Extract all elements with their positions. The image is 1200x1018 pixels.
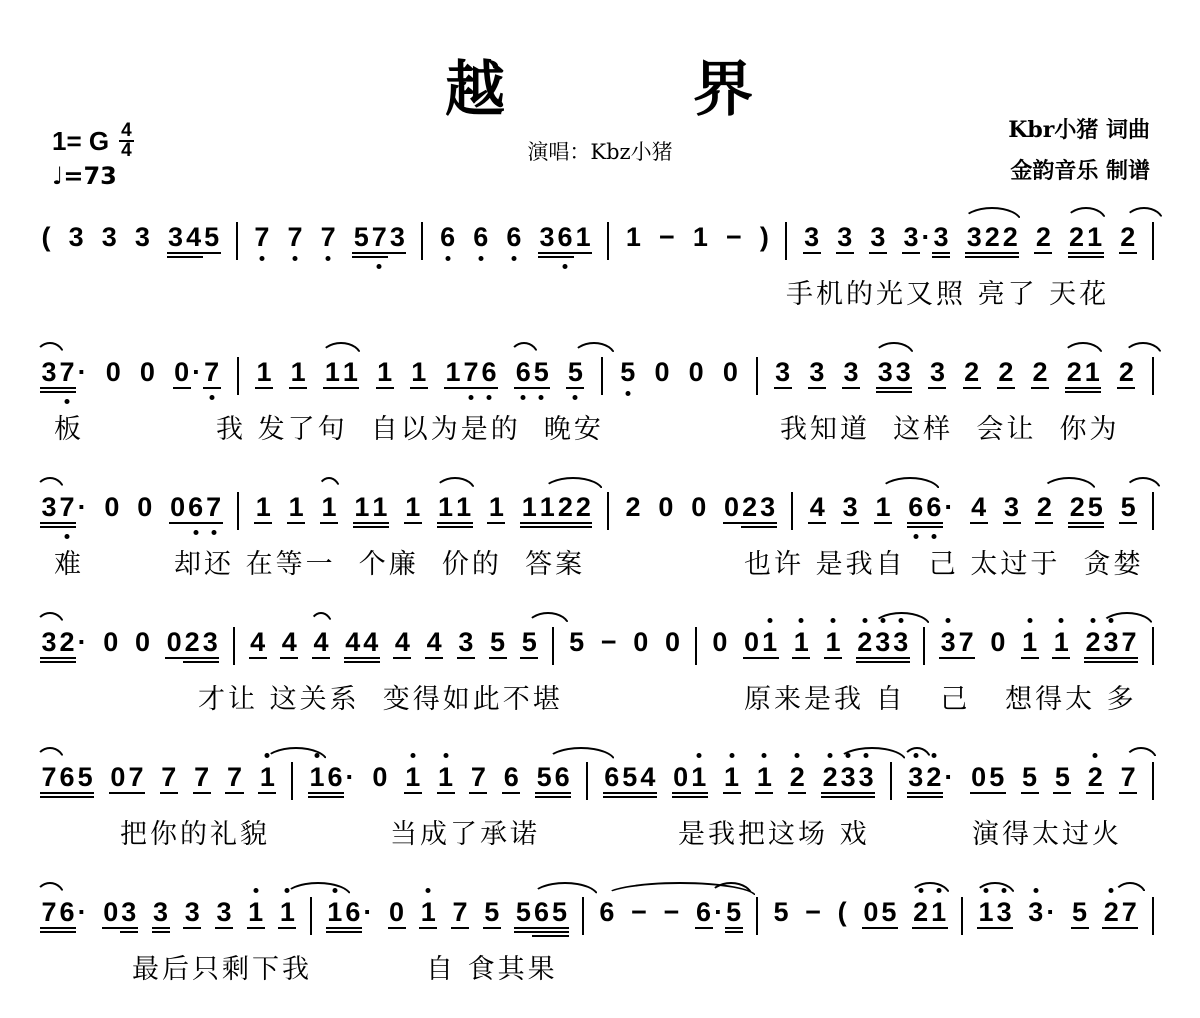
note-group: 4 [280, 627, 298, 659]
note: 1 [874, 492, 892, 524]
note: 1 [574, 222, 592, 254]
note: 7 [127, 762, 145, 794]
note: · [943, 492, 955, 522]
note: 5 [1086, 492, 1104, 524]
note: 2 [556, 492, 574, 524]
note-group: 0 [653, 357, 671, 387]
slur-arc [873, 342, 915, 357]
barline [961, 897, 963, 935]
note-group: 3 [67, 222, 85, 252]
lyric-segment: 演得太过火 [972, 812, 1122, 851]
note-group: 4 [970, 492, 988, 524]
octave-dot-above [831, 618, 836, 623]
note: 4 [344, 627, 362, 659]
lyrics-line: 板我 发了句 自以为是的 晚安我知道 这样 会让 你为 [0, 407, 1200, 447]
note: 7 [451, 897, 469, 929]
note: 1 [520, 492, 538, 524]
note: 6 [505, 222, 523, 252]
note-group: 44 [344, 627, 380, 659]
note: 5 [1021, 762, 1039, 794]
note: 1 [437, 762, 455, 794]
slur-arc [962, 207, 1022, 222]
slur-arc [35, 882, 65, 897]
note: 2 [788, 762, 806, 794]
note: 1 [755, 762, 773, 794]
note: 3 [839, 762, 857, 794]
note: 1 [1083, 357, 1101, 389]
octave-dot-above [1109, 888, 1114, 893]
note: 1 [437, 492, 455, 524]
note-group: − [630, 897, 649, 927]
note-group: − [657, 222, 676, 252]
slur-arc [1062, 342, 1104, 357]
note: 3 [995, 897, 1013, 929]
note: 3 [40, 492, 58, 524]
note: 4 [970, 492, 988, 524]
note-group: 3 [1003, 492, 1021, 524]
slur-arc [531, 882, 599, 897]
note: 6 [695, 897, 713, 929]
note: 2 [983, 222, 1001, 254]
note-group: 067 [169, 492, 223, 524]
note-group: 3 [869, 222, 887, 254]
note-group: 1 [437, 762, 455, 794]
note: 4 [808, 492, 826, 524]
note-group: 1122 [520, 492, 592, 524]
note-group: 1 [792, 627, 810, 659]
note-group: 023 [165, 627, 219, 659]
note: 5 [76, 762, 94, 794]
barline [923, 627, 925, 665]
octave-dot-above [762, 753, 767, 758]
note-group: 6 [505, 222, 523, 252]
octave-dot-above [918, 888, 923, 893]
slur-arc [509, 342, 539, 357]
octave-dot-below [377, 264, 382, 269]
note: 7 [193, 762, 211, 794]
note: 7 [1120, 897, 1138, 929]
slur-arc [909, 882, 951, 897]
score-system: 37·00067111111111112220002343166·432255难… [0, 478, 1200, 613]
note-group: 0 [687, 357, 705, 387]
note: 7 [40, 762, 58, 794]
octave-dot-above [946, 618, 951, 623]
note: 3 [857, 762, 875, 794]
note: 0 [103, 492, 121, 522]
note: 0 [371, 762, 389, 792]
note-group: 345 [167, 222, 221, 254]
note-group: 3 [774, 357, 792, 389]
note: 0 [138, 357, 156, 387]
note: 2 [741, 492, 759, 524]
note: 4 [249, 627, 267, 659]
slur-arc [546, 747, 616, 762]
score-system: 76507777116·01176566540111223332·055527把… [0, 748, 1200, 883]
note-group: 2 [1034, 222, 1052, 254]
note: 1 [487, 492, 505, 524]
note-group: 2 [1035, 492, 1053, 524]
note-group: 5 [772, 897, 790, 927]
note: 1 [455, 492, 473, 524]
barline [236, 222, 238, 260]
note-group: 4 [249, 627, 267, 659]
note: 3 [869, 222, 887, 254]
note: 6 [603, 762, 621, 794]
note-group: 11 [323, 357, 359, 389]
note: · [76, 357, 88, 387]
slur-arc [35, 342, 65, 357]
note: 2 [183, 627, 201, 659]
note: 0 [672, 762, 690, 794]
note-group: 1 [247, 897, 265, 929]
note: ( [40, 222, 52, 252]
octave-dot-above [410, 753, 415, 758]
note: 5 [619, 357, 637, 387]
note-group: 33 [876, 357, 912, 389]
note: 1 [1052, 627, 1070, 659]
note: 4 [393, 627, 411, 659]
octave-dot-above [332, 888, 337, 893]
note-group: 3 [836, 222, 854, 254]
note: · [943, 762, 955, 792]
note: 2 [1102, 897, 1120, 929]
lyric-segment: 手机的光又照 亮了 天花 [786, 272, 1109, 311]
note: 0 [723, 492, 741, 524]
octave-dot-above [696, 753, 701, 758]
note-group: 3 [133, 222, 151, 252]
note: 6 [598, 897, 616, 927]
note: − [724, 222, 743, 252]
music-line: 76·033331116·01755656−−6·55−(0521133·527 [0, 883, 1200, 945]
note: 7 [462, 357, 480, 389]
note: 2 [1001, 222, 1019, 254]
barline [233, 627, 235, 665]
note: 1 [353, 492, 371, 524]
note: 1 [287, 492, 305, 524]
note-group: 1 [320, 492, 338, 524]
octave-dot-below [521, 395, 526, 400]
note-group: 5 [520, 627, 538, 659]
note: 3 [120, 897, 138, 929]
note-group: 765 [40, 762, 94, 794]
note: 6 [439, 222, 457, 252]
note: 3 [201, 627, 219, 659]
note-group: 023 [723, 492, 777, 524]
octave-dot-below [931, 534, 936, 539]
note: 6 [502, 762, 520, 794]
note-group: 4 [808, 492, 826, 524]
note: 5 [772, 897, 790, 927]
note-group: 7 [225, 762, 243, 794]
note: 0 [169, 492, 187, 524]
barline [791, 492, 793, 530]
slur-arc [1124, 747, 1158, 762]
note: 2 [1068, 222, 1086, 254]
barline [607, 492, 609, 530]
barline [601, 357, 603, 395]
note-group: 361 [538, 222, 592, 254]
note: 7 [370, 222, 388, 254]
octave-dot-above [1109, 618, 1114, 623]
note: 6 [532, 897, 550, 929]
note-group: 03 [102, 897, 138, 929]
note-group: 0 [663, 627, 681, 657]
lyric-segment: 自 食其果 [426, 947, 558, 986]
note-group: 3 [215, 897, 233, 929]
note-group: 16· [326, 897, 374, 929]
note-group: 1 [874, 492, 892, 524]
note: 3 [842, 357, 860, 389]
note: 7 [253, 222, 271, 252]
octave-dot-below [573, 395, 578, 400]
slur-arc [1113, 882, 1147, 897]
note: 3 [538, 222, 556, 254]
note-group: − [724, 222, 743, 252]
note: 6 [58, 897, 76, 929]
barline [695, 627, 697, 665]
note: 0 [104, 357, 122, 387]
octave-dot-above [265, 753, 270, 758]
note-group: 3 [457, 627, 475, 659]
note: 1 [824, 627, 842, 659]
note: 3 [928, 357, 946, 389]
note-group: 1 [410, 357, 428, 389]
octave-dot-below [913, 534, 918, 539]
note: 5 [532, 357, 550, 389]
note: 7 [58, 492, 76, 524]
music-line: 37·00067111111111112220002343166·432255 [0, 478, 1200, 540]
lyric-segment: 原来是我 自 己 想得太 多 [744, 677, 1137, 716]
octave-dot-above [936, 888, 941, 893]
lyric-segment: 我 发了句 自以为是的 晚安 [216, 407, 604, 446]
octave-dot-above [285, 888, 290, 893]
note: 3 [215, 897, 233, 929]
music-line: (3333457775736663611−1−)3333·33222212 [0, 208, 1200, 270]
note-group: 1 [755, 762, 773, 794]
note-group: 01 [672, 762, 708, 794]
note-group: 21 [912, 897, 948, 929]
note: 0 [109, 762, 127, 794]
note-group: 7 [469, 762, 487, 794]
note: 3 [803, 222, 821, 254]
note: · [344, 762, 356, 792]
octave-dot-above [931, 753, 936, 758]
note: 2 [1117, 357, 1135, 389]
note: 1 [278, 897, 296, 929]
note: 0 [690, 492, 708, 522]
note-group: 66· [907, 492, 955, 524]
note-group: 3 [100, 222, 118, 252]
note-group: 0 [102, 627, 120, 657]
note: 2 [1035, 492, 1053, 524]
note: 6 [553, 762, 571, 794]
octave-dot-above [1093, 753, 1098, 758]
lyric-segment: 最后只剩下我 [132, 947, 312, 986]
note-group: 176 [444, 357, 498, 389]
note: 3 [100, 222, 118, 252]
note-group: 2 [963, 357, 981, 389]
note: 0 [136, 492, 154, 522]
note: 3 [1027, 897, 1045, 927]
note-group: 32· [40, 627, 88, 659]
note-group: 37 [939, 627, 975, 659]
note-group: 0 [388, 897, 406, 929]
octave-dot-above [795, 753, 800, 758]
octave-dot-above [846, 753, 851, 758]
note: 7 [160, 762, 178, 794]
note: 0 [173, 357, 191, 389]
note: 0 [388, 897, 406, 929]
note: 2 [912, 897, 930, 929]
note: 2 [1119, 222, 1137, 254]
credits-block: Kbr小猪 词曲 金韵音乐 制谱 [1008, 110, 1150, 192]
slur-arc [284, 882, 352, 897]
octave-dot-below [511, 256, 516, 261]
note: 3 [67, 222, 85, 252]
barline [310, 897, 312, 935]
note: · [1045, 897, 1057, 927]
note-group: 5 [489, 627, 507, 659]
note: 1 [1021, 627, 1039, 659]
note-group: 0 [136, 492, 154, 522]
note-group: 1 [404, 762, 422, 794]
time-signature: 4 4 [119, 122, 134, 160]
note: · [191, 357, 203, 387]
note: 2 [1034, 222, 1052, 254]
note-group: 1 [1052, 627, 1070, 659]
slur-arc [879, 477, 941, 492]
note: 0 [687, 357, 705, 387]
note-group: 27 [1102, 897, 1138, 929]
note: 0 [657, 492, 675, 522]
note: 0 [862, 897, 880, 929]
note: 5 [566, 357, 584, 389]
note-group: 5 [1071, 897, 1089, 929]
octave-dot-above [729, 753, 734, 758]
note: 3 [808, 357, 826, 389]
note: − [662, 897, 681, 927]
score-system: 32·0002344444443555−000011123337011237才让… [0, 613, 1200, 748]
sheet-music-page: 越 界 演唱：Kbz小猪 Kbr小猪 词曲 金韵音乐 制谱 1= G 4 4 ♩… [0, 0, 1200, 1018]
octave-dot-above [314, 753, 319, 758]
note-group: 0 [103, 492, 121, 522]
note: 7 [203, 357, 221, 389]
note: 2 [58, 627, 76, 659]
note: 0 [970, 762, 988, 794]
octave-dot-below [326, 256, 331, 261]
note: 5 [489, 627, 507, 659]
note-group: 16· [308, 762, 356, 794]
note: 2 [856, 627, 874, 659]
note: 0 [721, 357, 739, 387]
note: 3 [759, 492, 777, 524]
note-group: 0 [657, 492, 675, 522]
octave-dot-below [539, 395, 544, 400]
slur-arc [317, 477, 341, 492]
octave-dot-below [563, 264, 568, 269]
barline [421, 222, 423, 260]
slur-arc [603, 882, 757, 897]
note-group: 6 [439, 222, 457, 252]
meter-numerator: 4 [119, 122, 134, 140]
note: − [804, 897, 823, 927]
note: 3 [774, 357, 792, 389]
note-group: 01 [743, 627, 779, 659]
note-group: 3 [183, 897, 201, 929]
note-group: 4 [393, 627, 411, 659]
note: 1 [977, 897, 995, 929]
note: 3 [40, 357, 58, 389]
note-group: 07 [109, 762, 145, 794]
note-group: 2 [788, 762, 806, 794]
octave-dot-above [913, 753, 918, 758]
slur-arc [35, 747, 65, 762]
note-group: 0 [690, 492, 708, 522]
barline [291, 762, 293, 800]
barline [1152, 492, 1154, 530]
slur-arc [1124, 477, 1162, 492]
note: 2 [963, 357, 981, 389]
score-header: 越 界 演唱：Kbz小猪 Kbr小猪 词曲 金韵音乐 制谱 1= G 4 4 ♩… [0, 0, 1200, 202]
note: 3 [907, 762, 925, 794]
note: 3 [932, 222, 950, 254]
note-group: 2 [624, 492, 642, 522]
score-system: 76·033331116·01755656−−6·55−(0521133·527… [0, 883, 1200, 1018]
music-line: 32·0002344444443555−000011123337011237 [0, 613, 1200, 675]
barline [1152, 897, 1154, 935]
tempo-value: =73 [63, 162, 117, 190]
note: 4 [280, 627, 298, 659]
note: 5 [1119, 492, 1137, 524]
note: 1 [1086, 222, 1104, 254]
note-group: 6·5 [695, 897, 743, 929]
tempo-marking: ♩=73 [52, 162, 134, 190]
note: 7 [286, 222, 304, 252]
note-group: 4 [425, 627, 443, 659]
note: 3 [152, 897, 170, 929]
note-group: 11 [437, 492, 473, 524]
lyric-segment: 难 [54, 542, 84, 581]
note: 7 [469, 762, 487, 794]
note: 2 [1065, 357, 1083, 389]
note-group: 3 [808, 357, 826, 389]
note-group: 7 [160, 762, 178, 794]
octave-dot-above [864, 753, 869, 758]
note-group: 65 [514, 357, 550, 389]
note-group: 37· [40, 492, 88, 524]
note-group: 1 [404, 492, 422, 524]
note: 2 [574, 492, 592, 524]
lyric-segment: 也许 是我自 己 太过于 贪婪 [744, 542, 1144, 581]
barline [785, 222, 787, 260]
note: 5 [520, 627, 538, 659]
barline [582, 897, 584, 935]
octave-dot-above [828, 753, 833, 758]
octave-dot-below [65, 534, 70, 539]
note-group: 233 [821, 762, 875, 794]
note: 3 [1102, 627, 1120, 659]
barline [607, 222, 609, 260]
slur-arc [1041, 477, 1097, 492]
note: ) [758, 222, 770, 252]
note-group: 1 [624, 222, 642, 252]
note: 7 [1120, 627, 1138, 659]
note-group: 7 [286, 222, 304, 252]
note: 4 [639, 762, 657, 794]
note: 0 [632, 627, 650, 657]
note: 1 [419, 897, 437, 929]
octave-dot-above [1090, 618, 1095, 623]
